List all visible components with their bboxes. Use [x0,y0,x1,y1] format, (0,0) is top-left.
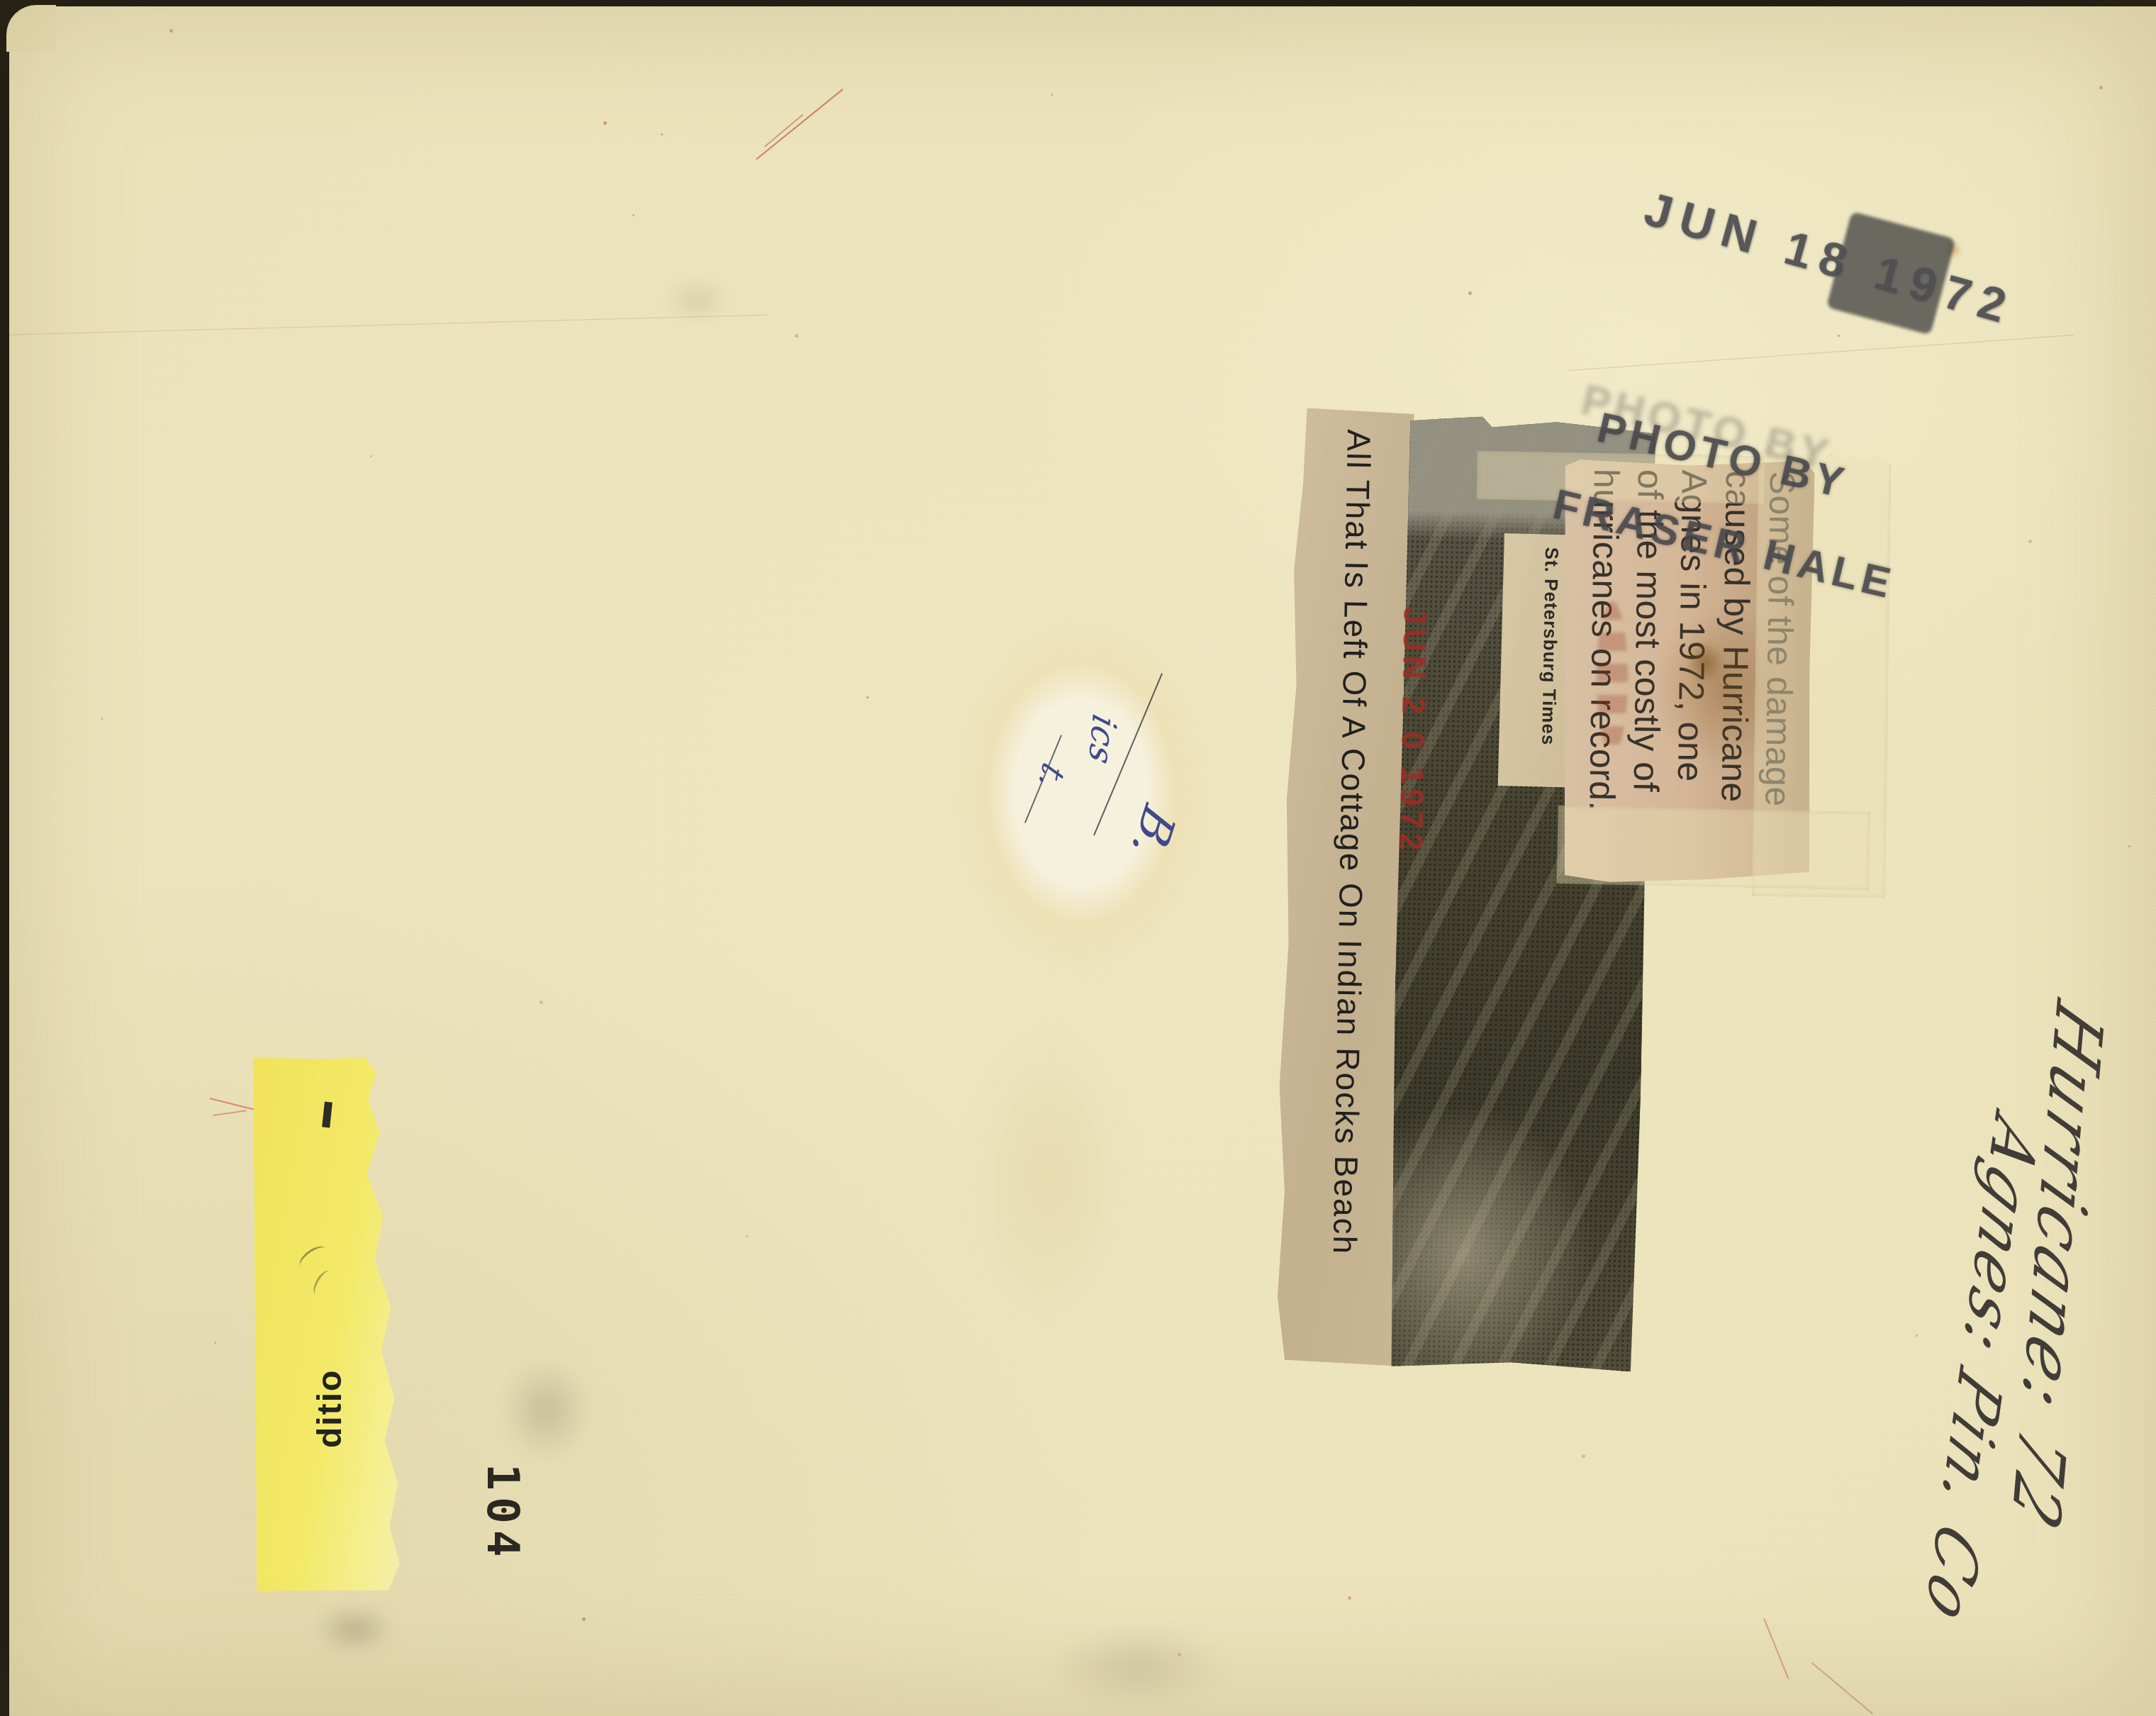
crease-line [1568,335,2074,371]
red-scratch [756,89,843,160]
smudge-below-label [301,1595,408,1663]
stain-gray-small [651,267,743,334]
stain-drip [943,979,1156,1376]
red-date-stamp: JUN 2 0 1972 [1392,606,1434,855]
clipping-credit: St. Petersburg Times [1537,547,1563,745]
red-scribble-label-edge [213,1110,247,1116]
date-stamp: JUN 18 1972 [1638,182,2021,336]
red-scratch [1763,1618,1789,1679]
yellow-label [253,1057,400,1591]
stain-blotch [915,581,1248,1035]
red-scribble-label-edge [210,1098,255,1110]
blue-mark: ics [1080,710,1124,769]
scan-edge-left [0,0,9,1716]
credit-strip [1498,533,1575,787]
red-scratch [1811,1662,1873,1715]
scan-edge-top [0,0,2156,6]
smudge-bottom-center [1024,1615,1251,1716]
catalog-number-stamp: 104 [477,1464,529,1564]
label-fragment-text: ditio [311,1369,350,1448]
smudge-above-catalog [486,1340,607,1478]
crease-line [0,315,769,335]
red-scratch [764,114,803,147]
glue-residue-patch [954,615,1209,970]
photo-back-scan: All That Is Left Of A Cottage On Indian … [0,0,2156,1716]
tape-strip-bottom [1557,806,1870,890]
blue-mark: B. [1121,796,1185,869]
